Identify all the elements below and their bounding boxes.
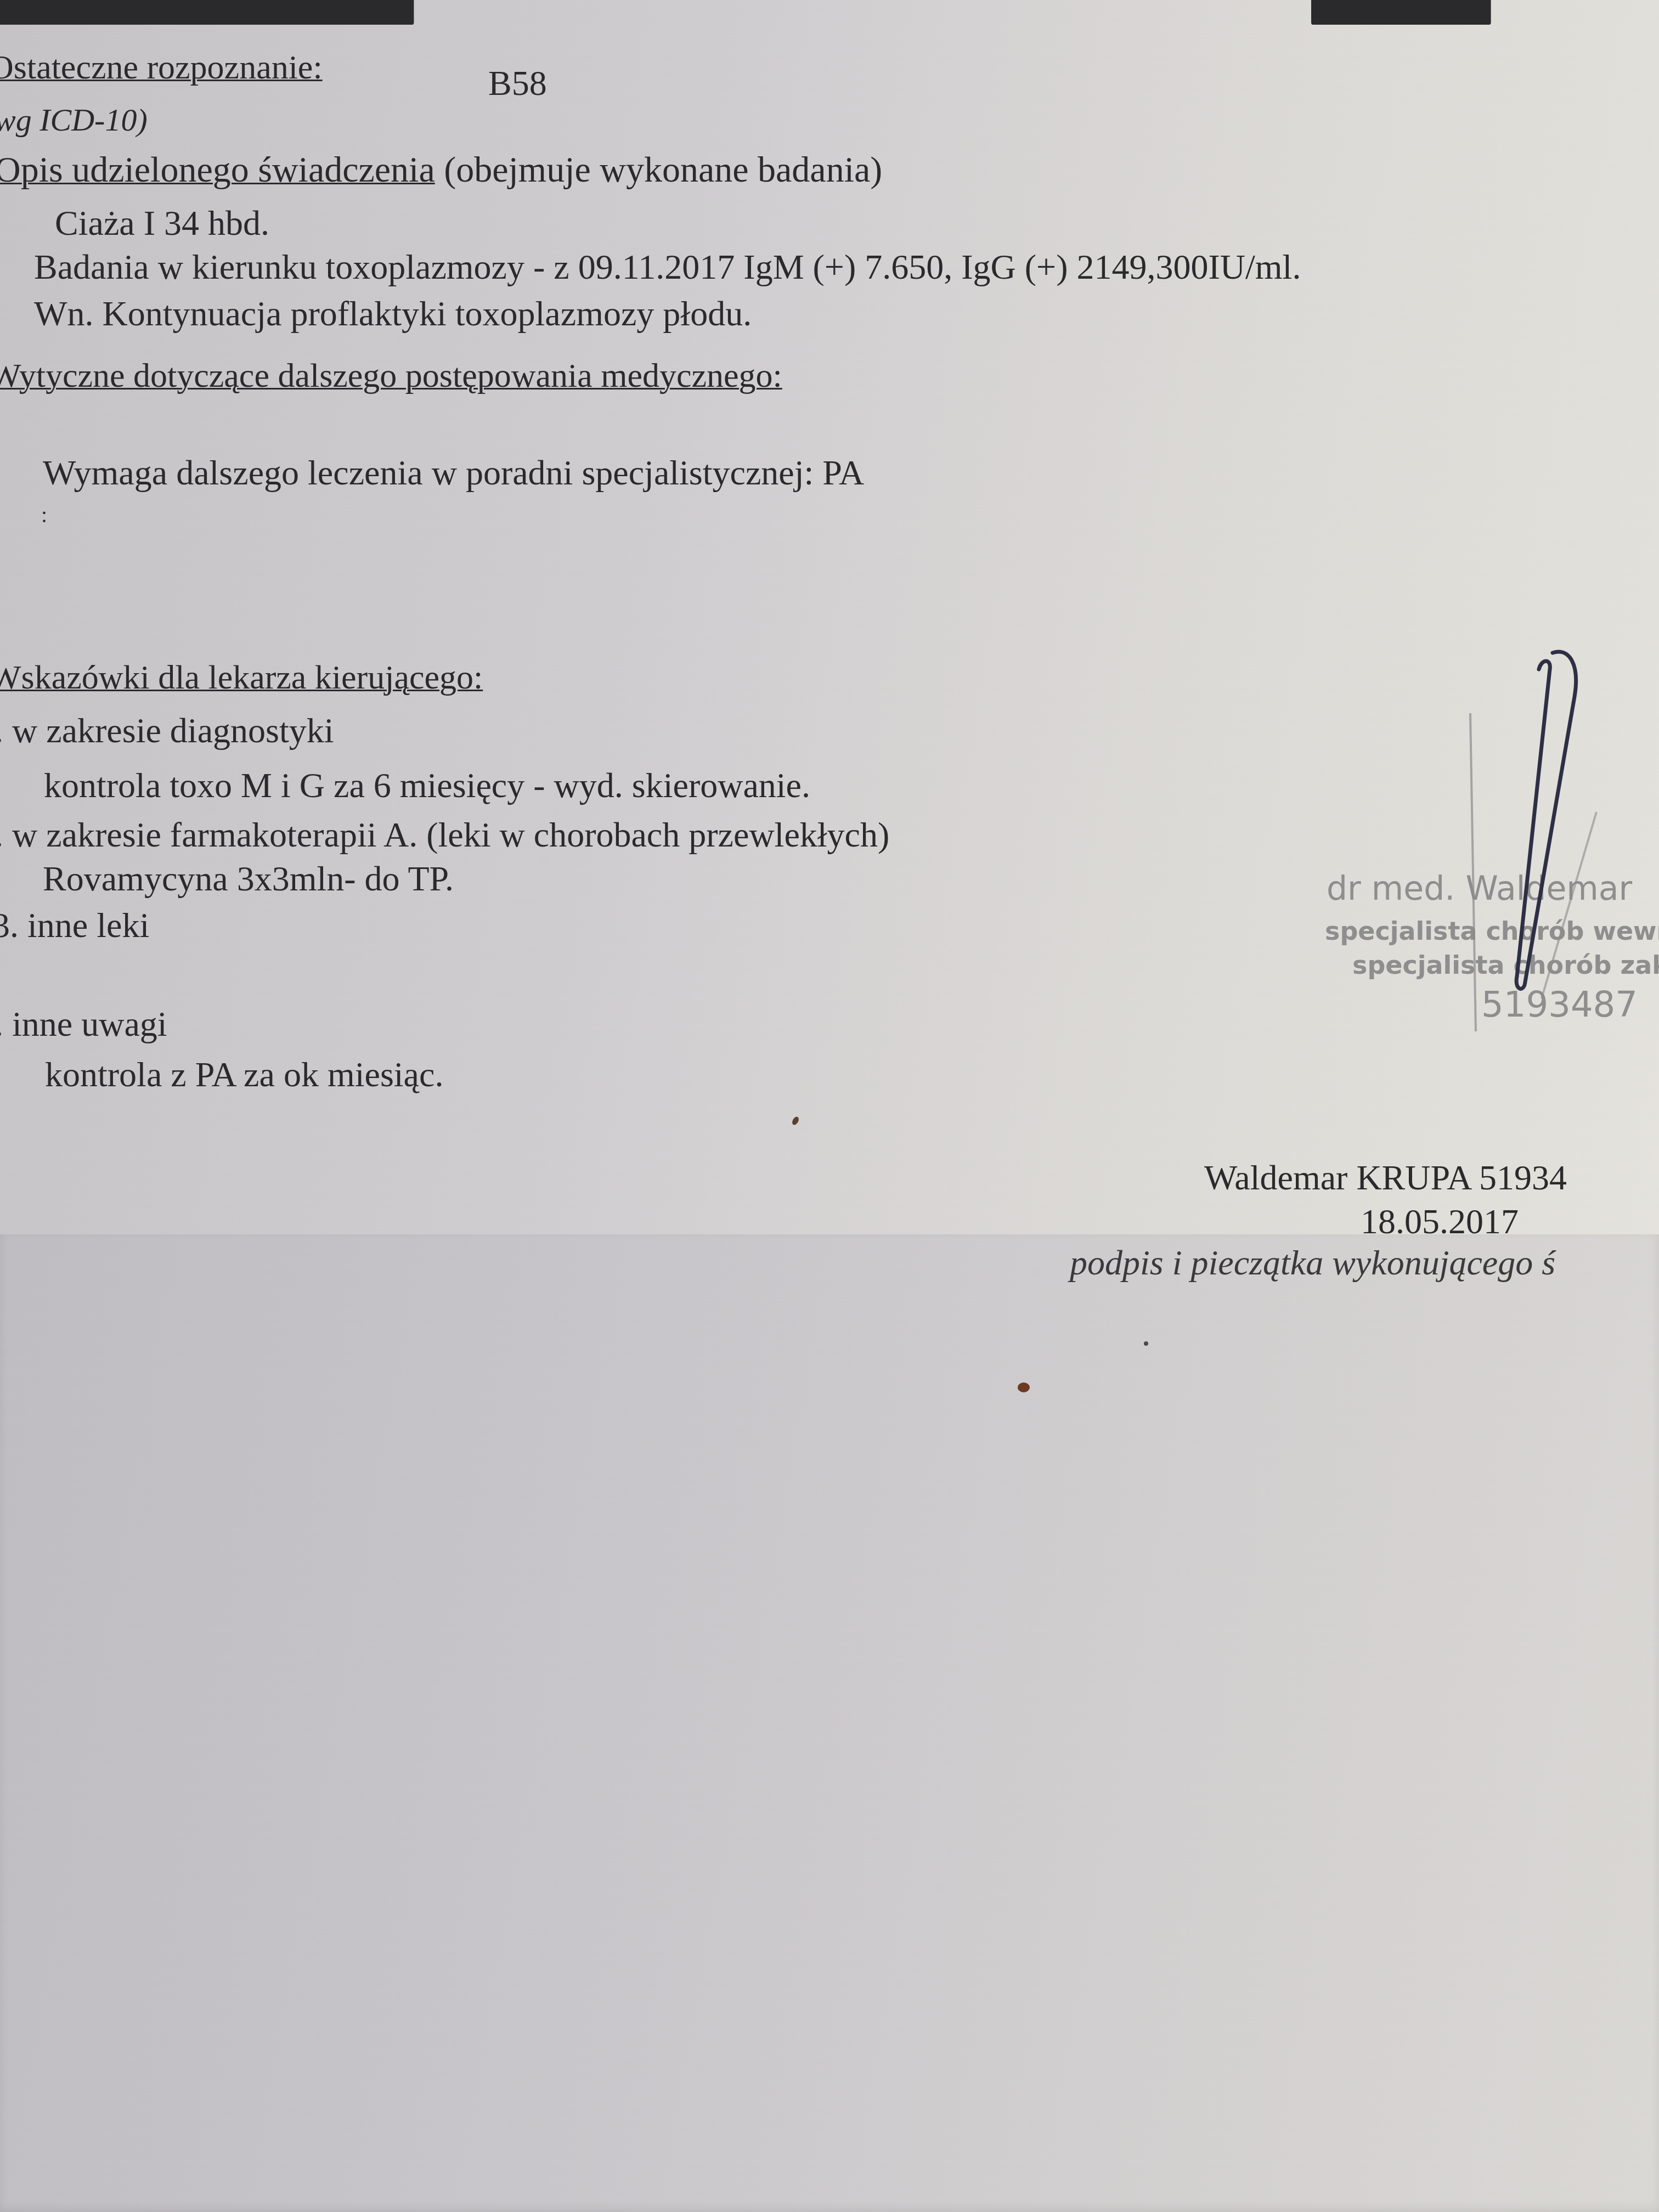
referring-item-detail: Rovamycyna 3x3mln- do TP. — [43, 859, 454, 899]
patient-name: [REDACTED] — [0, 0, 414, 25]
referring-item-heading: 3. inne leki — [0, 905, 149, 946]
service-line: Badania w kierunku toxoplazmozy - z 09.1… — [34, 247, 1301, 287]
guidelines-colon: : — [41, 502, 47, 528]
ink-speck — [1018, 1383, 1030, 1392]
final-diagnosis-code: B58 — [488, 63, 547, 104]
signatory-name: Waldemar KRUPA 51934 — [1204, 1158, 1567, 1198]
service-line: Wn. Kontynuacja proflaktyki toxoplazmozy… — [34, 294, 752, 334]
signature-mark — [1459, 647, 1602, 1042]
patient-id: [REDACTED] — [1311, 0, 1491, 25]
ink-speck — [791, 1116, 800, 1126]
referring-label: Wskazówki dla lekarza kierującego: — [0, 658, 483, 697]
signatory-caption: podpis i pieczątka wykonującego ś — [1070, 1243, 1555, 1283]
referring-item-heading: . w zakresie farmakoterapii A. (leki w c… — [0, 815, 889, 855]
service-description-label: Opis udzielonego świadczenia — [0, 150, 435, 190]
referring-item-heading: . w zakresie diagnostyki — [0, 710, 334, 751]
service-description-suffix: (obejmuje wykonane badania) — [444, 150, 882, 190]
final-diagnosis-sub: wg ICD-10) — [0, 101, 148, 138]
guidelines-label: Wytyczne dotyczące dalszego postępowania… — [0, 357, 782, 396]
referring-item-heading: . inne uwagi — [0, 1004, 167, 1045]
referring-item-detail: kontrola z PA za ok miesiąc. — [45, 1054, 443, 1095]
guidelines-line: Wymaga dalszego leczenia w poradni specj… — [43, 453, 864, 493]
signatory-date: 18.05.2017 — [1361, 1201, 1519, 1242]
service-description-heading: Opis udzielonego świadczenia (obejmuje w… — [0, 149, 882, 191]
final-diagnosis-label: Ostateczne rozpoznanie: — [0, 48, 323, 87]
paper-lower-fold — [0, 1234, 1659, 2212]
referring-item-detail: kontrola toxo M i G za 6 miesięcy - wyd.… — [44, 765, 810, 806]
service-line: Ciaża I 34 hbd. — [55, 203, 269, 244]
ink-speck — [1144, 1341, 1148, 1346]
